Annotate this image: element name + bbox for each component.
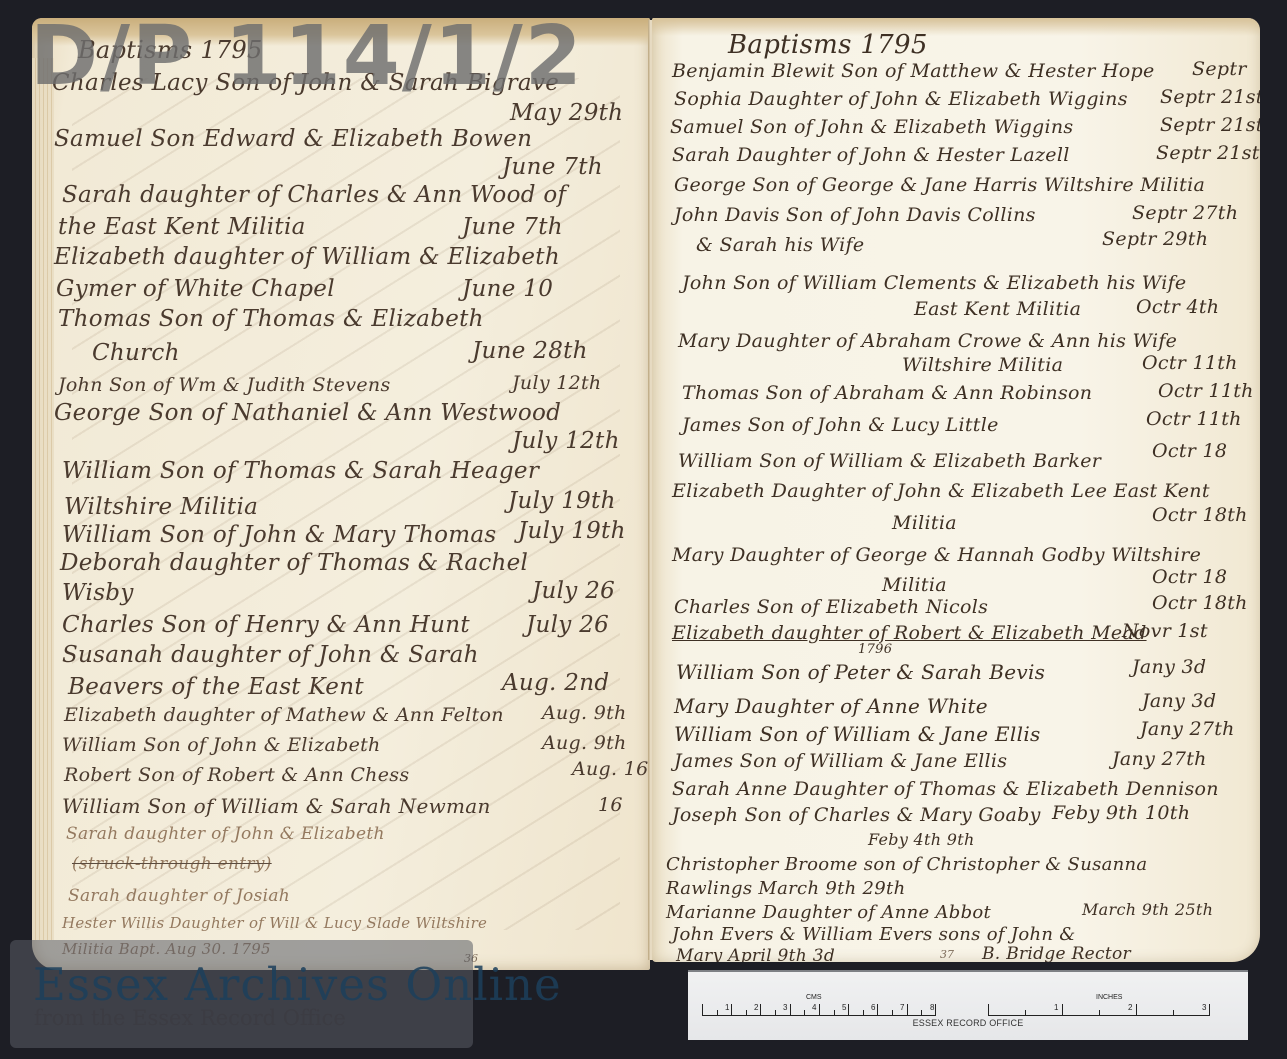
- entry-date: Octr 18: [1152, 566, 1227, 588]
- cm-tick-label: 5: [842, 1003, 846, 1012]
- entry-line: Wiltshire Militia: [902, 354, 1063, 376]
- entry-date: 16: [598, 794, 623, 816]
- entry-date: Jany 27th: [1140, 718, 1235, 740]
- entry-line: John Son of William Clements & Elizabeth…: [682, 272, 1186, 294]
- entry-line: Thomas Son of Thomas & Elizabeth: [58, 306, 484, 332]
- entry-date: Jany 3d: [1132, 656, 1206, 678]
- entry-line: John Evers & William Evers sons of John …: [672, 924, 1076, 945]
- entry-line: Gymer of White Chapel: [56, 276, 335, 302]
- entry-line: Elizabeth daughter of William & Elizabet…: [54, 244, 560, 270]
- entry-date: Aug. 16: [572, 758, 648, 780]
- inch-tick-label: 1: [1054, 1003, 1058, 1012]
- cm-tick-label: 1: [725, 1003, 729, 1012]
- entry-line: Militia: [882, 574, 947, 596]
- entry-date: Octr 18th: [1152, 504, 1248, 526]
- entry-date: Octr 18: [1152, 440, 1227, 462]
- entry-date: Septr 27th: [1132, 202, 1238, 224]
- right-page: Baptisms 1795 Benjamin Blewit Son of Mat…: [652, 18, 1260, 962]
- entry-date: Aug. 9th: [542, 702, 627, 724]
- inch-unit-label: INCHES: [1096, 994, 1122, 1001]
- ruler-office-label: ESSEX RECORD OFFICE: [688, 1018, 1248, 1028]
- entry-line: Elizabeth daughter of Mathew & Ann Felto…: [64, 704, 504, 726]
- entry-line: William Son of John & Elizabeth: [62, 734, 381, 756]
- entry-date: Septr: [1192, 58, 1247, 80]
- struck-entry: (struck-through entry): [72, 854, 272, 874]
- scale-ruler: 1 2 3 4 5 6 7 8 CMS 1 2 3 INCHES ESSEX R…: [688, 970, 1248, 1040]
- entry-line: George Son of George & Jane Harris Wilts…: [674, 174, 1205, 196]
- entry-line: Sarah Anne Daughter of Thomas & Elizabet…: [672, 778, 1219, 800]
- cm-tick-label: 8: [930, 1003, 934, 1012]
- entry-line: William Son of William & Jane Ellis: [674, 722, 1041, 746]
- entry-line: Marianne Daughter of Anne Abbot: [666, 902, 991, 923]
- entry-date: July 12th: [512, 428, 620, 454]
- entry-line: James Son of William & Jane Ellis: [674, 750, 1007, 772]
- entry-line: John Son of Wm & Judith Stevens: [58, 374, 391, 396]
- entry-line: Benjamin Blewit Son of Matthew & Hester …: [672, 60, 1155, 82]
- entry-line: William Son of Thomas & Sarah Heager: [62, 458, 539, 484]
- cm-tick-label: 6: [871, 1003, 875, 1012]
- entry-date: Octr 18th: [1152, 592, 1248, 614]
- entry-line: the East Kent Militia: [58, 214, 306, 240]
- entry-line: Beavers of the East Kent: [68, 674, 364, 700]
- entry-line: Hester Willis Daughter of Will & Lucy Sl…: [62, 914, 487, 932]
- entry-date: Septr 21st: [1160, 86, 1260, 108]
- folio-number: 37: [940, 948, 954, 961]
- rector-signature: B. Bridge Rector: [982, 944, 1131, 962]
- entry-date: Septr 21st: [1156, 142, 1260, 164]
- entry-date: Octr 11th: [1146, 408, 1242, 430]
- entry-line: Elizabeth daughter of Robert & Elizabeth…: [672, 622, 1147, 644]
- cm-tick-label: 4: [812, 1003, 816, 1012]
- entry-line: Deborah daughter of Thomas & Rachel: [60, 550, 528, 576]
- entry-date: June 28th: [472, 338, 588, 364]
- inch-tick-label: 2: [1128, 1003, 1132, 1012]
- entry-date: July 19th: [518, 518, 626, 544]
- entry-line: Mary April 9th 3d: [676, 946, 835, 962]
- entry-line: Mary Daughter of Anne White: [674, 694, 988, 718]
- entry-date: Novr 1st: [1122, 620, 1208, 642]
- entry-date: Aug. 2nd: [502, 670, 609, 696]
- entry-date: June 7th: [462, 214, 563, 240]
- entry-line: Charles Son of Henry & Ann Hunt: [62, 612, 470, 638]
- entry-date: July 26: [532, 578, 615, 604]
- entry-line: William Son of William & Sarah Newman: [62, 794, 491, 818]
- entry-line: Sarah daughter of Josiah: [68, 886, 290, 906]
- entry-date: July 26: [526, 612, 609, 638]
- document-reference-watermark: D/P 114/1/2: [30, 16, 584, 98]
- entry-date: Jany 27th: [1112, 748, 1207, 770]
- entry-date: July 19th: [508, 488, 616, 514]
- entry-line: Charles Son of Elizabeth Nicols: [674, 596, 988, 618]
- inch-tick-label: 3: [1202, 1003, 1206, 1012]
- entry-line: Wisby: [62, 580, 134, 606]
- entry-date: June 10: [462, 276, 553, 302]
- cm-unit-label: CMS: [806, 994, 822, 1001]
- inch-scale: [988, 1002, 1210, 1016]
- entry-line: Mary Daughter of George & Hannah Godby W…: [672, 544, 1201, 566]
- entry-line: Wiltshire Militia: [64, 494, 258, 520]
- entry-line: Militia: [892, 512, 957, 534]
- cm-tick-label: 3: [783, 1003, 787, 1012]
- entry-line: Sophia Daughter of John & Elizabeth Wigg…: [674, 88, 1128, 110]
- entry-date: June 7th: [502, 154, 603, 180]
- entry-line: Samuel Son of John & Elizabeth Wiggins: [670, 116, 1073, 138]
- entry-line: Rawlings March 9th 29th: [666, 878, 906, 899]
- entry-date: Octr 4th: [1136, 296, 1219, 318]
- entry-line: Mary Daughter of Abraham Crowe & Ann his…: [678, 330, 1177, 352]
- entry-date: Octr 11th: [1158, 380, 1254, 402]
- entry-date: Septr 29th: [1102, 228, 1208, 250]
- entry-line: William Son of Peter & Sarah Bevis: [676, 660, 1045, 684]
- archive-logo-title: Essex Archives Online: [33, 958, 562, 1011]
- cm-tick-label: 7: [900, 1003, 904, 1012]
- entry-line: Thomas Son of Abraham & Ann Robinson: [682, 382, 1092, 404]
- entry-line: Joseph Son of Charles & Mary Goaby: [672, 804, 1041, 826]
- entry-date: Jany 3d: [1142, 690, 1216, 712]
- entry-line: Sarah daughter of John & Elizabeth: [66, 824, 385, 844]
- left-page: Baptisms 1795 Charles Lacy Son of John &…: [32, 18, 650, 970]
- year-note: 1796: [858, 642, 892, 657]
- entry-date: Feby 9th 10th: [1052, 802, 1190, 824]
- entry-line: Sarah daughter of Charles & Ann Wood of: [62, 182, 566, 208]
- entry-line: Sarah Daughter of John & Hester Lazell: [672, 144, 1070, 166]
- entry-line: Samuel Son Edward & Elizabeth Bowen: [54, 126, 532, 152]
- entry-line: East Kent Militia: [914, 298, 1081, 320]
- cm-tick-label: 2: [754, 1003, 758, 1012]
- entry-line: Christopher Broome son of Christopher & …: [666, 854, 1147, 875]
- entry-line: Elizabeth Daughter of John & Elizabeth L…: [672, 480, 1210, 502]
- entry-line: Robert Son of Robert & Ann Chess: [64, 764, 409, 786]
- entry-line: William Son of William & Elizabeth Barke…: [678, 450, 1101, 472]
- entry-date: Aug. 9th: [542, 732, 627, 754]
- entry-date: Octr 11th: [1142, 352, 1238, 374]
- entry-line: & Sarah his Wife: [696, 234, 864, 256]
- entry-line: George Son of Nathaniel & Ann Westwood: [54, 400, 561, 426]
- entry-date: March 9th 25th: [1082, 900, 1213, 919]
- entry-line: Susanah daughter of John & Sarah: [62, 642, 479, 668]
- entry-line: William Son of John & Mary Thomas: [62, 522, 496, 548]
- entry-date: Septr 21st: [1160, 114, 1260, 136]
- right-page-heading: Baptisms 1795: [728, 30, 928, 60]
- page-edges: [32, 58, 54, 940]
- archive-logo-subtitle: from the Essex Record Office: [34, 1006, 346, 1030]
- entry-line: Feby 4th 9th: [868, 830, 975, 849]
- entry-line: James Son of John & Lucy Little: [682, 414, 999, 436]
- entry-line: Church: [92, 340, 180, 366]
- entry-line: John Davis Son of John Davis Collins: [674, 204, 1036, 226]
- entry-date: July 12th: [512, 372, 601, 394]
